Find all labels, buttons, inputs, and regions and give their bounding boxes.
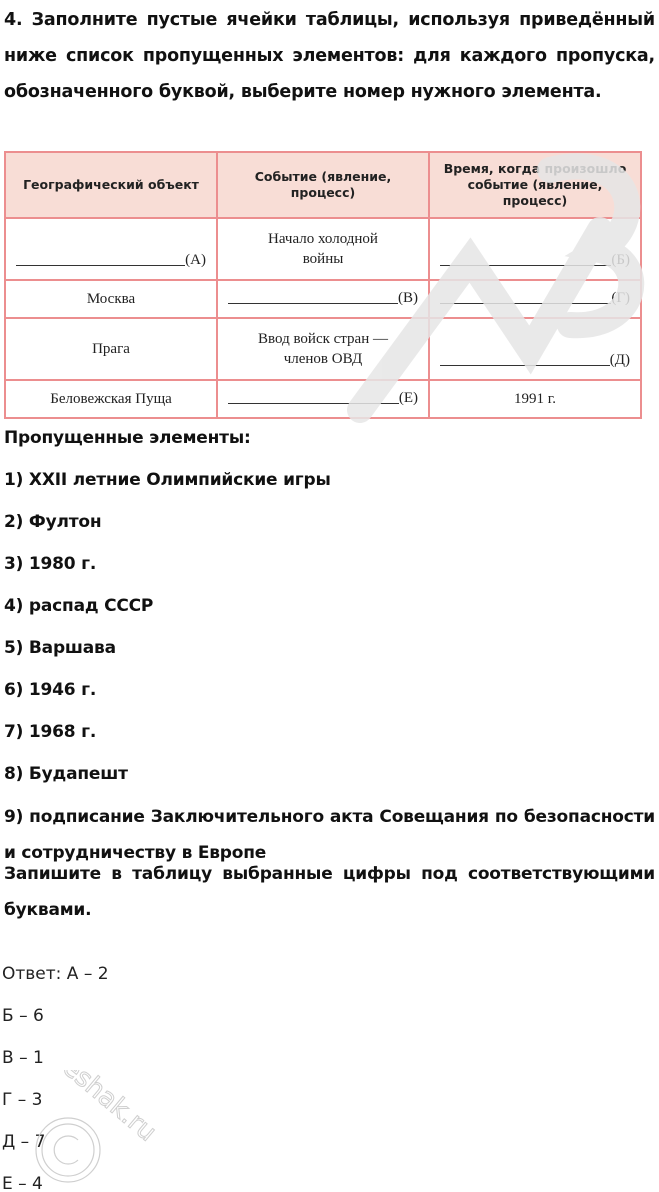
answer-line: Г – 3 [2,1088,43,1112]
svg-text:reshak.ru: reshak.ru [49,1070,160,1148]
table-row: Прага Ввод войск стран — членов ОВД (Д) [5,318,641,380]
list-item: 5) Варшава [4,634,655,662]
cell-object: Беловежская Пуща [5,380,217,418]
header-time: Время, когда произошло событие (явление,… [429,152,641,218]
instruction-text: Запишите в таблицу выбранные цифры под с… [4,856,655,928]
blank-label: (В) [398,290,418,307]
cell-object: Москва [5,280,217,318]
answer-line: Е – 4 [2,1172,43,1192]
table-row: (А) Начало холодной войны (Б) [5,218,641,280]
cell-event: Начало холодной войны [217,218,429,280]
table-header-row: Географический объект Событие (явление, … [5,152,641,218]
cell-blank-g[interactable]: (Г) [429,280,641,318]
table-row: Беловежская Пуща (Е) 1991 г. [5,380,641,418]
answer-line: В – 1 [2,1046,44,1070]
blank-label: (Д) [610,352,630,369]
cell-blank-b[interactable]: (Б) [429,218,641,280]
cell-time: 1991 г. [429,380,641,418]
blank-label: (А) [185,252,206,269]
answer-line: Ответ: А – 2 [2,962,109,986]
cell-object: Прага [5,318,217,380]
cell-blank-e[interactable]: (Е) [217,380,429,418]
cell-blank-v[interactable]: (В) [217,280,429,318]
list-item: 8) Будапешт [4,760,655,788]
header-geo-object: Географический объект [5,152,217,218]
answer-line: Б – 6 [2,1004,44,1028]
answer-line: Д – 7 [2,1130,45,1154]
list-item: 6) 1946 г. [4,676,655,704]
cell-blank-d[interactable]: (Д) [429,318,641,380]
question-text: 4. Заполните пустые ячейки таблицы, испо… [4,2,655,110]
list-item: 3) 1980 г. [4,550,655,578]
list-item: 4) распад СССР [4,592,655,620]
table-row: Москва (В) (Г) [5,280,641,318]
blank-label: (Б) [611,252,630,269]
missing-title: Пропущенные элементы: [4,424,655,452]
list-item: 1) XXII летние Олимпийские игры [4,466,655,494]
blank-label: (Е) [399,390,418,407]
list-item: 2) Фултон [4,508,655,536]
list-item: 7) 1968 г. [4,718,655,746]
fill-in-table: Географический объект Событие (явление, … [4,151,642,419]
blank-label: (Г) [611,290,630,307]
header-event: Событие (явление, процесс) [217,152,429,218]
cell-blank-a[interactable]: (А) [5,218,217,280]
cell-event: Ввод войск стран — членов ОВД [217,318,429,380]
